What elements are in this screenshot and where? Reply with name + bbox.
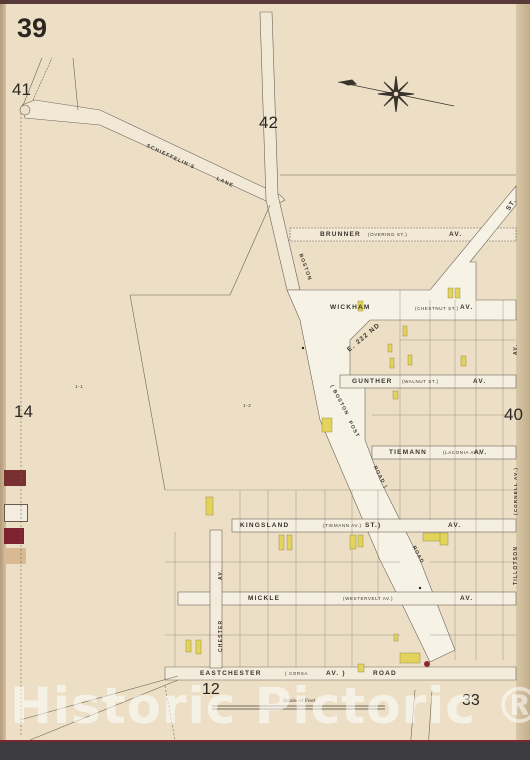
plate-number: 39	[17, 13, 47, 44]
adjacent-plate-40: 40	[504, 405, 523, 425]
street-gunther-av: AV.	[473, 378, 486, 385]
street-mickle: MICKLE	[248, 595, 280, 602]
adjacent-plate-14: 14	[14, 402, 33, 422]
street-wickham-av: AV.	[460, 304, 473, 311]
street-chester: CHESTER	[218, 620, 224, 652]
street-tiemann-av: AV.	[474, 449, 487, 456]
street-kingsland-st: ST.)	[365, 522, 381, 529]
street-tiemann: TIEMANN	[389, 449, 427, 456]
street-tillotson: TILLOTSON	[513, 546, 519, 585]
street-brunner-av: AV.	[449, 231, 462, 238]
street-eastchester: EASTCHESTER	[200, 670, 262, 677]
street-gunther: GUNTHER	[352, 378, 393, 385]
compass-rose-icon	[338, 76, 454, 112]
map-sheet: 39 41 42 14 40 12 33 SCHIEFFELIN'S LANE …	[0, 0, 530, 760]
street-mickle-av: AV.	[460, 595, 473, 602]
street-kingsland: KINGSLAND	[240, 522, 289, 529]
street-gunther-alt: (WALNUT ST.)	[402, 379, 439, 384]
street-kingsland-av: AV.	[448, 522, 461, 529]
street-brunner-alt: (OVERING ST.)	[368, 232, 407, 237]
street-right-av: AV.	[513, 344, 519, 355]
parcel-label: 1-2	[243, 403, 251, 408]
parcel-label: 1-1	[75, 384, 83, 389]
street-wickham-alt: (CHESTNUT ST.)	[415, 306, 459, 311]
adjacent-plate-42: 42	[259, 113, 278, 133]
adjacent-plate-41: 41	[12, 80, 31, 100]
street-wickham: WICKHAM	[330, 304, 371, 311]
street-eastchester-alt: ( CORSA	[285, 671, 308, 676]
watermark: Historic Pictoric ®	[10, 677, 530, 735]
street-eastchester-av: AV. )	[326, 670, 346, 677]
street-cornell: (CORNELL AV.)	[513, 467, 518, 515]
binding-bottom	[0, 742, 530, 760]
street-kingsland-alt: (TIEMANN AV.)	[323, 523, 362, 528]
street-chester-av: AV.	[218, 569, 224, 580]
street-eastchester-road: ROAD	[373, 670, 397, 677]
street-mickle-alt: (WESTERVELT AV.)	[343, 596, 393, 601]
street-brunner: BRUNNER	[320, 231, 361, 238]
